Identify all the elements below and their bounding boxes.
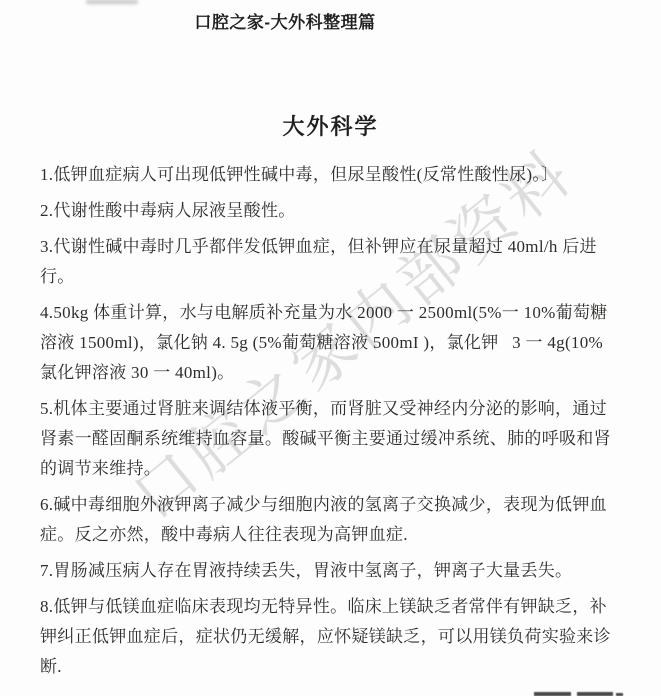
section-title: 大外科学 (0, 110, 661, 141)
list-item: 7.胃肠减压病人存在胃液持续丢失，胃液中氢离子，钾离子大量丢失。 (40, 556, 630, 586)
document-page: 口腔之家-大外科整理篇 口腔之家内部资料 大外科学 1.低钾血症病人可出现低钾性… (0, 0, 661, 696)
list-item: 2.代谢性酸中毒病人尿液呈酸性。 (40, 196, 630, 226)
list-item-line: 氯化钾溶液 30 一 40ml)。 (40, 358, 630, 388)
list-item-line: 7.胃肠减压病人存在胃液持续丢失，胃液中氢离子，钾离子大量丢失。 (40, 556, 630, 586)
cutoff-text-fragment (534, 692, 571, 696)
list-item: 6.碱中毒细胞外液钾离子减少与细胞内液的氢离子交换减少，表现为低钾血症。反之亦然… (40, 490, 630, 550)
list-item: 3.代谢性碱中毒时几乎都伴发低钾血症，但补钾应在尿量超过 40ml/h 后进行。 (40, 232, 630, 292)
cutoff-text-bottom (0, 690, 661, 696)
list-item-line: 8.低钾与低镁血症临床表现均无特异性。临床上镁缺乏者常伴有钾缺乏，补 (40, 592, 630, 622)
cutoff-text-fragment (577, 692, 613, 696)
list-item-line: 断. (40, 652, 630, 682)
list-item: 4.50kg 体重计算，水与电解质补充量为水 2000 一 2500ml(5%一… (40, 298, 630, 388)
list-item-line: 症。反之亦然，酸中毒病人往往表现为高钾血症. (40, 520, 630, 550)
list-item-line: 行。 (40, 262, 630, 292)
list-item-line: 的调节来维持。 (40, 454, 630, 484)
list-item-line: 肾素一醛固酮系统维持血容量。酸碱平衡主要通过缓冲系统、肺的呼吸和肾 (40, 424, 630, 454)
list-item: 1.低钾血症病人可出现低钾性碱中毒，但尿呈酸性(反常性酸性尿)。〕 (40, 160, 630, 190)
list-item-line: 2.代谢性酸中毒病人尿液呈酸性。 (40, 196, 630, 226)
list-item-line: 5.机体主要通过肾脏来调结体液平衡，而肾脏又受神经内分泌的影响，通过 (40, 394, 630, 424)
list-item-line: 1.低钾血症病人可出现低钾性碱中毒，但尿呈酸性(反常性酸性尿)。〕 (40, 160, 630, 190)
list-item-line: 4.50kg 体重计算，水与电解质补充量为水 2000 一 2500ml(5%一… (40, 298, 630, 328)
list-item-line: 溶液 1500ml)，氯化钠 4. 5g (5%葡萄糖溶液 500mI )，氯化… (40, 328, 630, 358)
list-item: 5.机体主要通过肾脏来调结体液平衡，而肾脏又受神经内分泌的影响，通过肾素一醛固酮… (40, 394, 630, 484)
list-item: 8.低钾与低镁血症临床表现均无特异性。临床上镁缺乏者常伴有钾缺乏，补钾纠正低钾血… (40, 592, 630, 682)
document-body: 1.低钾血症病人可出现低钾性碱中毒，但尿呈酸性(反常性酸性尿)。〕2.代谢性酸中… (40, 160, 630, 682)
list-item-line: 6.碱中毒细胞外液钾离子减少与细胞内液的氢离子交换减少，表现为低钾血 (40, 490, 630, 520)
page-header-title: 口腔之家-大外科整理篇 (0, 8, 570, 33)
list-item-line: 钾纠正低钾血症后，症状仍无缓解，应怀疑镁缺乏，可以用镁负荷实验来诊 (40, 622, 630, 652)
cutoff-smudge-top (86, 0, 138, 4)
list-item-line: 3.代谢性碱中毒时几乎都伴发低钾血症，但补钾应在尿量超过 40ml/h 后进 (40, 232, 630, 262)
